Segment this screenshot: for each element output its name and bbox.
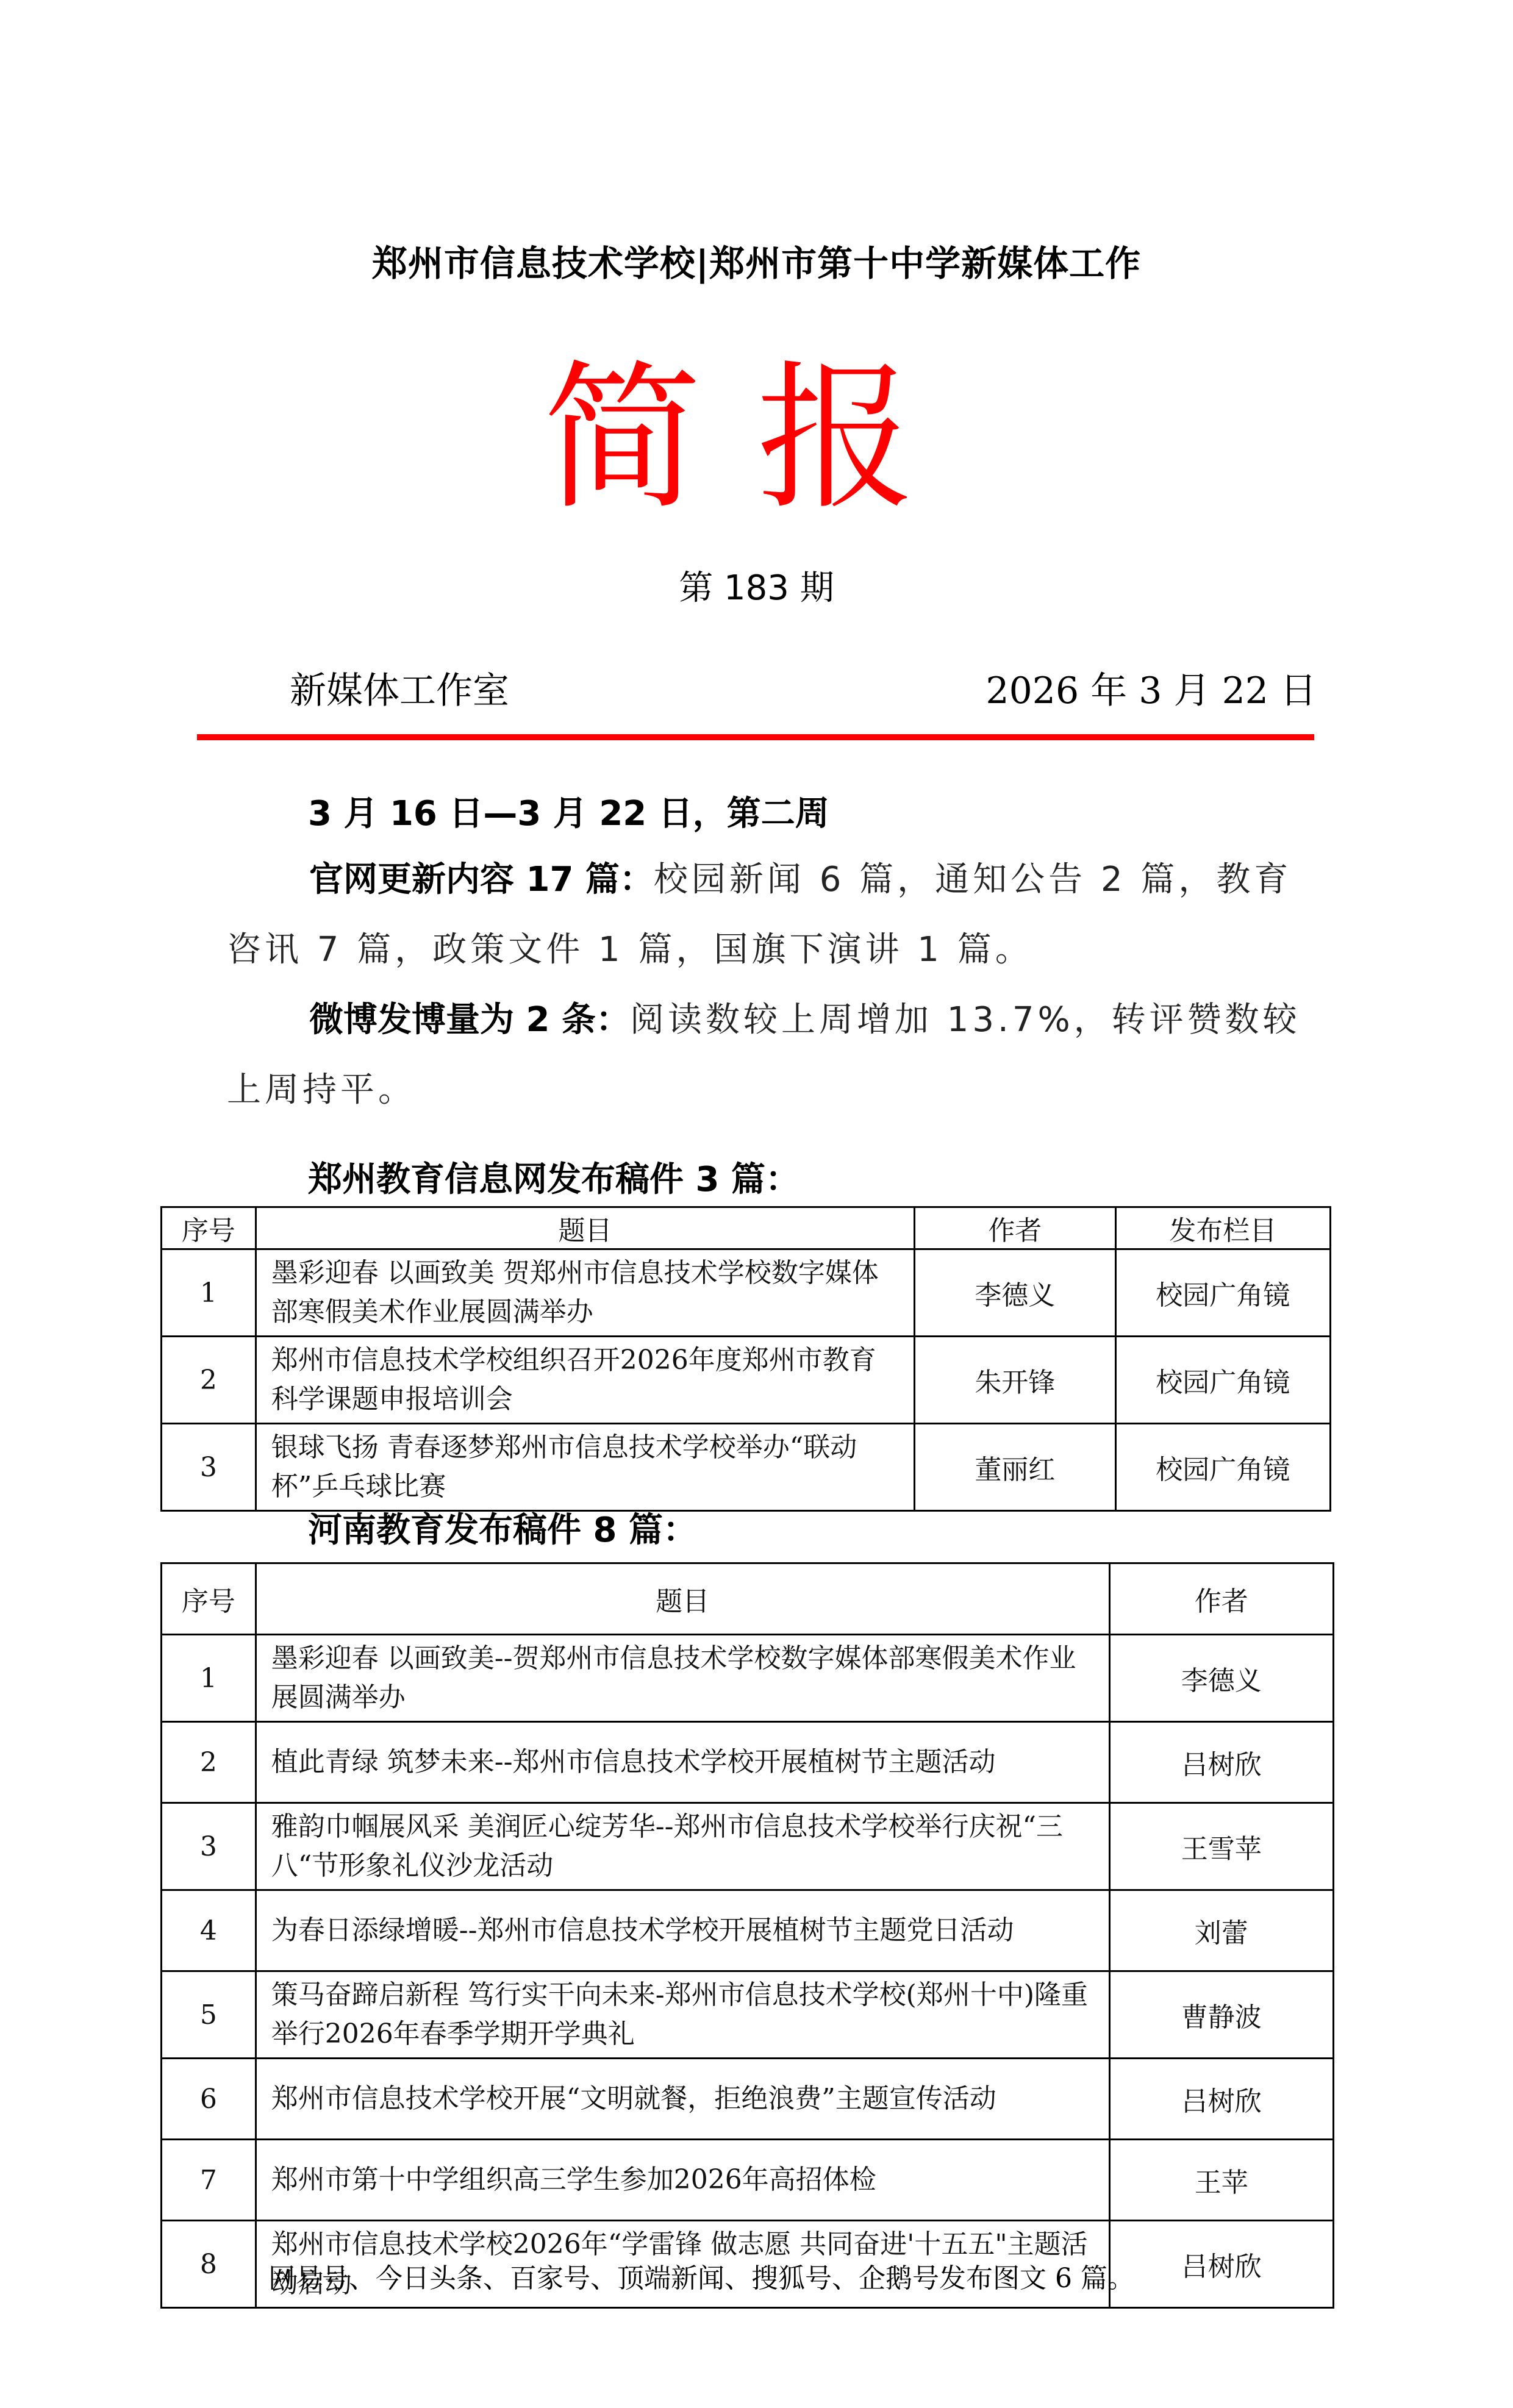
weibo-summary-label: 微博发博量为 2 条： bbox=[309, 1000, 630, 1040]
row-author: 朱开锋 bbox=[915, 1337, 1115, 1424]
table-row: 7 郑州市第十中学组织高三学生参加2026年高招体检 王苹 bbox=[162, 2140, 1334, 2221]
column-header-section: 发布栏目 bbox=[1115, 1207, 1330, 1249]
table-header-row: 序号 题目 作者 bbox=[162, 1563, 1334, 1635]
row-no: 8 bbox=[162, 2221, 256, 2308]
bulletin-title: 简报 bbox=[0, 360, 1513, 518]
row-title: 墨彩迎春 以画致美 贺郑州市信息技术学校数字媒体部寒假美术作业展圆满举办 bbox=[256, 1249, 914, 1337]
table-header-row: 序号 题目 作者 发布栏目 bbox=[162, 1207, 1331, 1249]
red-divider bbox=[197, 734, 1314, 740]
row-title: 植此青绿 筑梦未来--郑州市信息技术学校开展植树节主题活动 bbox=[256, 1722, 1109, 1803]
row-section: 校园广角镜 bbox=[1115, 1424, 1330, 1511]
column-header-author: 作者 bbox=[915, 1207, 1115, 1249]
row-author: 董丽红 bbox=[915, 1424, 1115, 1511]
row-author: 吕树欣 bbox=[1109, 1722, 1333, 1803]
row-no: 5 bbox=[162, 1971, 256, 2059]
department-label: 新媒体工作室 bbox=[290, 662, 509, 714]
table-row: 4 为春日添绿增暖--郑州市信息技术学校开展植树节主题党日活动 刘蕾 bbox=[162, 1890, 1334, 1971]
table-row: 3 银球飞扬 青春逐梦郑州市信息技术学校举办“联动杯”乒乓球比赛 董丽红 校园广… bbox=[162, 1424, 1331, 1511]
organization-header: 郑州市信息技术学校|郑州市第十中学新媒体工作 bbox=[0, 235, 1513, 286]
row-no: 3 bbox=[162, 1424, 256, 1511]
row-author: 吕树欣 bbox=[1109, 2059, 1333, 2140]
row-section: 校园广角镜 bbox=[1115, 1249, 1330, 1337]
table-row: 6 郑州市信息技术学校开展“文明就餐，拒绝浪费”主题宣传活动 吕树欣 bbox=[162, 2059, 1334, 2140]
row-title: 雅韵巾帼展风采 美润匠心绽芳华--郑州市信息技术学校举行庆祝“三八“节形象礼仪沙… bbox=[256, 1803, 1109, 1890]
column-header-title: 题目 bbox=[256, 1207, 914, 1249]
row-title: 策马奋蹄启新程 笃行实干向未来-郑州市信息技术学校(郑州十中)隆重举行2026年… bbox=[256, 1971, 1109, 2059]
issue-number: 第 183 期 bbox=[0, 561, 1513, 610]
table-row: 3 雅韵巾帼展风采 美润匠心绽芳华--郑州市信息技术学校举行庆祝“三八“节形象礼… bbox=[162, 1803, 1334, 1890]
henan-edu-heading: 河南教育发布稿件 8 篇： bbox=[308, 1503, 697, 1552]
row-section: 校园广角镜 bbox=[1115, 1337, 1330, 1424]
row-author: 李德义 bbox=[1109, 1635, 1333, 1722]
row-no: 1 bbox=[162, 1635, 256, 1722]
row-no: 2 bbox=[162, 1722, 256, 1803]
row-no: 6 bbox=[162, 2059, 256, 2140]
table-row: 5 策马奋蹄启新程 笃行实干向未来-郑州市信息技术学校(郑州十中)隆重举行202… bbox=[162, 1971, 1334, 2059]
self-media-footnote: 网易号、今日头条、百家号、顶端新闻、搜狐号、企鹅号发布图文 6 篇。 bbox=[268, 2256, 1134, 2295]
table-row: 1 墨彩迎春 以画致美--贺郑州市信息技术学校数字媒体部寒假美术作业展圆满举办 … bbox=[162, 1635, 1334, 1722]
row-title: 银球飞扬 青春逐梦郑州市信息技术学校举办“联动杯”乒乓球比赛 bbox=[256, 1424, 914, 1511]
row-title: 墨彩迎春 以画致美--贺郑州市信息技术学校数字媒体部寒假美术作业展圆满举办 bbox=[256, 1635, 1109, 1722]
row-author: 刘蕾 bbox=[1109, 1890, 1333, 1971]
row-author: 王雪苹 bbox=[1109, 1803, 1333, 1890]
row-no: 2 bbox=[162, 1337, 256, 1424]
row-author: 李德义 bbox=[915, 1249, 1115, 1337]
publish-date: 2026 年 3 月 22 日 bbox=[985, 662, 1317, 714]
table-row: 2 郑州市信息技术学校组织召开2026年度郑州市教育科学课题申报培训会 朱开锋 … bbox=[162, 1337, 1331, 1424]
row-title: 郑州市信息技术学校开展“文明就餐，拒绝浪费”主题宣传活动 bbox=[256, 2059, 1109, 2140]
weibo-summary: 微博发博量为 2 条：阅读数较上周增加 13.7%，转评赞数较上周持平。 bbox=[227, 985, 1318, 1125]
column-header-no: 序号 bbox=[162, 1207, 256, 1249]
column-header-no: 序号 bbox=[162, 1563, 256, 1635]
row-title: 郑州市第十中学组织高三学生参加2026年高招体检 bbox=[256, 2140, 1109, 2221]
column-header-author: 作者 bbox=[1109, 1563, 1333, 1635]
column-header-title: 题目 bbox=[256, 1563, 1109, 1635]
row-no: 1 bbox=[162, 1249, 256, 1337]
row-author: 王苹 bbox=[1109, 2140, 1333, 2221]
row-author: 曹静波 bbox=[1109, 1971, 1333, 2059]
row-author: 吕树欣 bbox=[1109, 2221, 1333, 2308]
table-row: 1 墨彩迎春 以画致美 贺郑州市信息技术学校数字媒体部寒假美术作业展圆满举办 李… bbox=[162, 1249, 1331, 1337]
zhengzhou-edu-table: 序号 题目 作者 发布栏目 1 墨彩迎春 以画致美 贺郑州市信息技术学校数字媒体… bbox=[160, 1206, 1331, 1512]
row-no: 4 bbox=[162, 1890, 256, 1971]
website-summary: 官网更新内容 17 篇：校园新闻 6 篇，通知公告 2 篇，教育咨讯 7 篇，政… bbox=[227, 845, 1318, 985]
zhengzhou-edu-heading: 郑州教育信息网发布稿件 3 篇： bbox=[308, 1152, 799, 1201]
website-summary-label: 官网更新内容 17 篇： bbox=[309, 860, 654, 899]
row-title: 郑州市信息技术学校组织召开2026年度郑州市教育科学课题申报培训会 bbox=[256, 1337, 914, 1424]
table-row: 2 植此青绿 筑梦未来--郑州市信息技术学校开展植树节主题活动 吕树欣 bbox=[162, 1722, 1334, 1803]
row-no: 7 bbox=[162, 2140, 256, 2221]
row-title: 为春日添绿增暖--郑州市信息技术学校开展植树节主题党日活动 bbox=[256, 1890, 1109, 1971]
row-no: 3 bbox=[162, 1803, 256, 1890]
week-range: 3 月 16 日—3 月 22 日，第二周 bbox=[308, 787, 829, 835]
henan-edu-table: 序号 题目 作者 1 墨彩迎春 以画致美--贺郑州市信息技术学校数字媒体部寒假美… bbox=[160, 1562, 1334, 2309]
